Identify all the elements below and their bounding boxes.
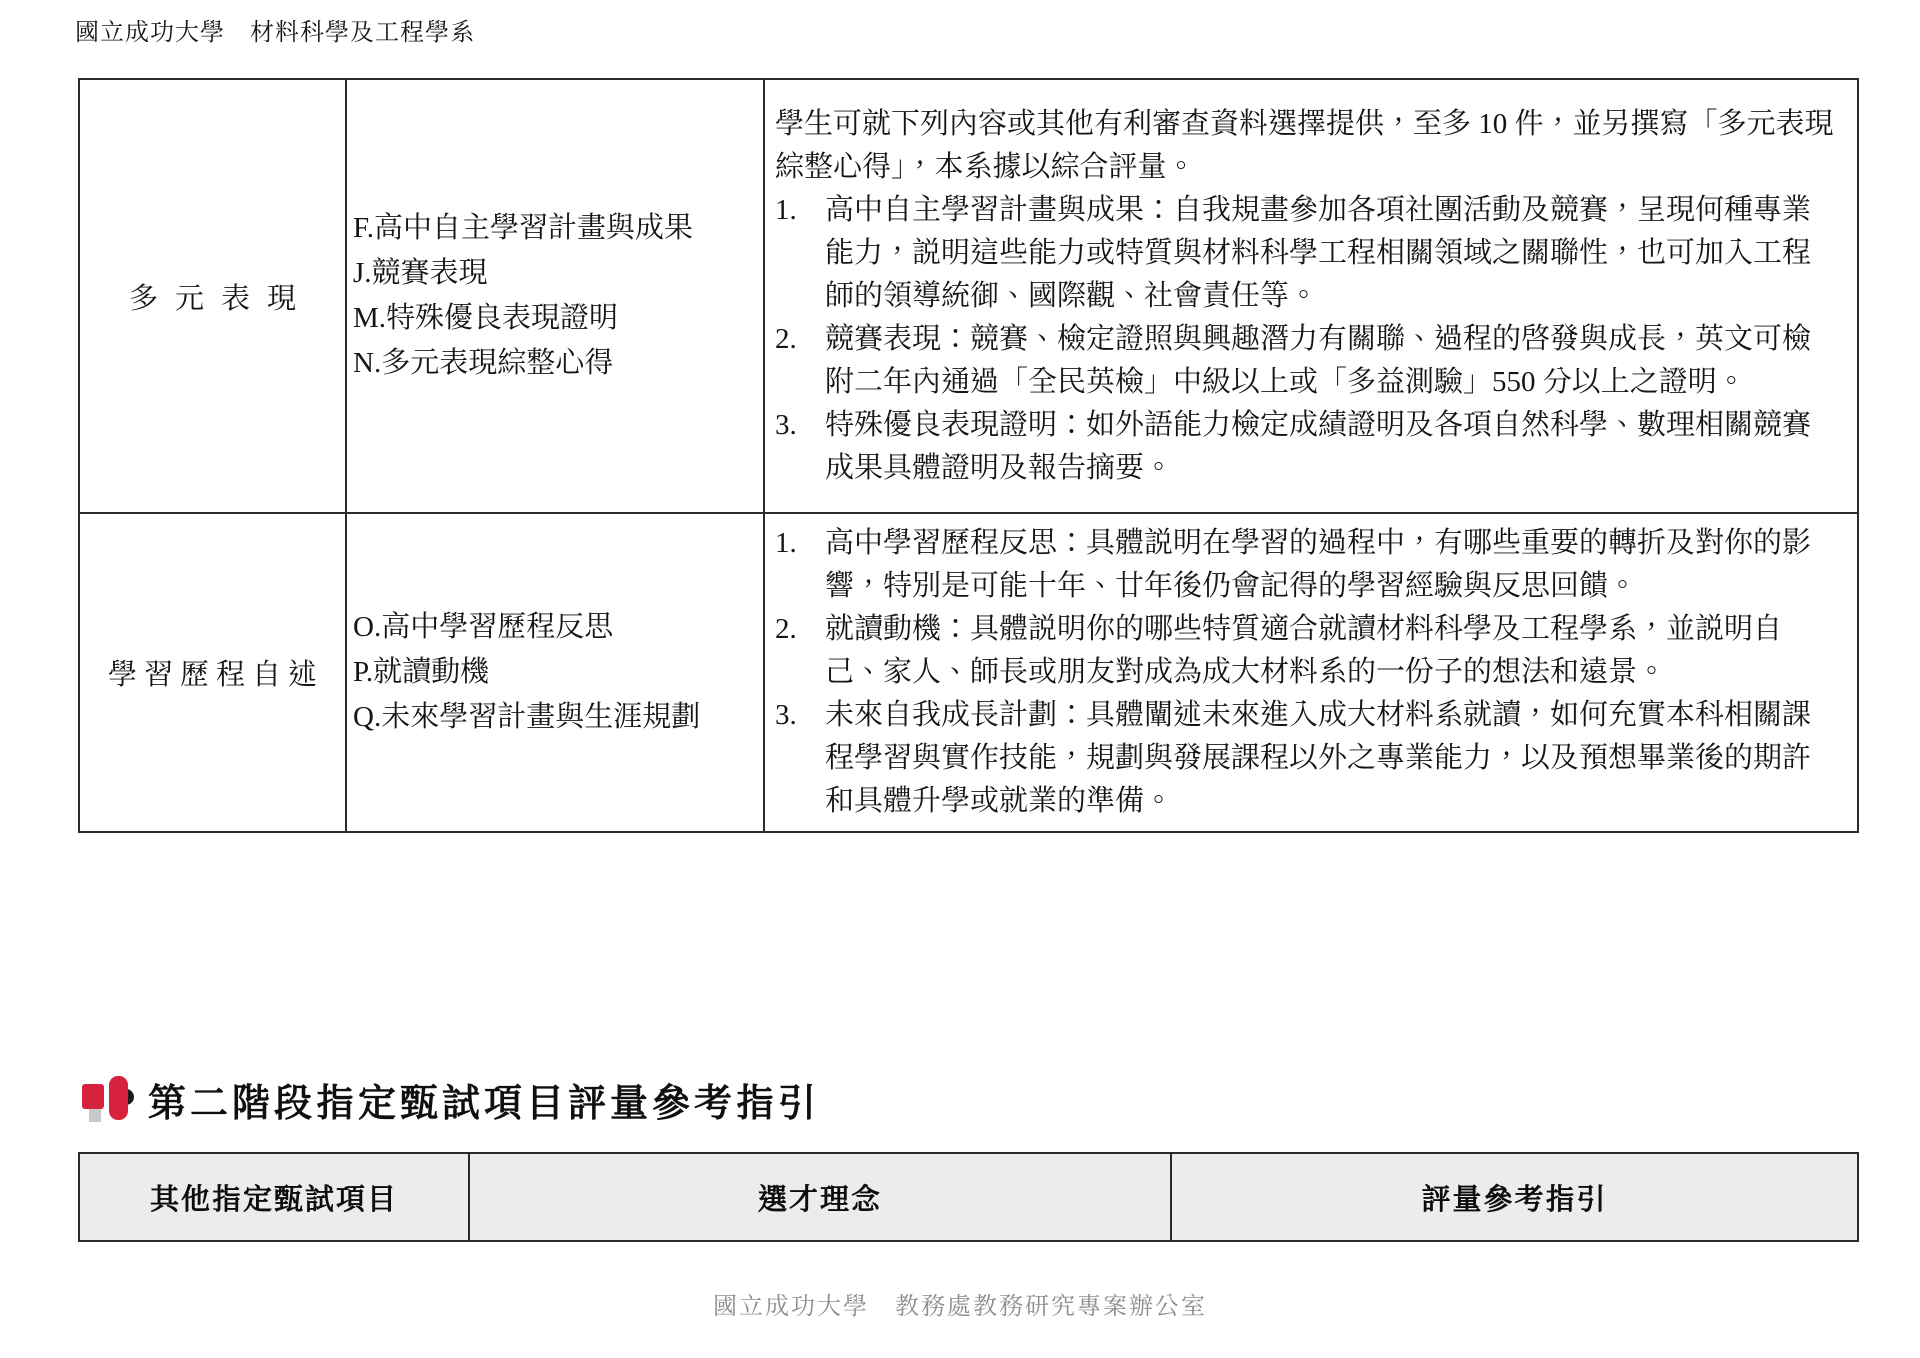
guideline-item-number: 3. (775, 404, 825, 447)
document-page: 國立成功大學 材料科學及工程學系 多元表現 F.高中自主學習計畫與成果 J.競賽… (0, 0, 1920, 1358)
guideline-item: 1. 高中自主學習計畫與成果：自我規畫參加各項社團活動及競賽，呈現何種專業能力，… (775, 189, 1837, 318)
guideline-item-number: 2. (775, 608, 825, 651)
doc-header: 國立成功大學 材料科學及工程學系 (75, 12, 475, 47)
guideline-intro: 學生可就下列內容或其他有利審查資料選擇提供，至多 10 件，並另撰寫「多元表現綜… (775, 103, 1837, 189)
guideline-item-number: 3. (775, 694, 825, 737)
guideline-item-text: 特殊優良表現證明：如外語能力檢定成績證明及各項自然科學、數理相關競賽成果具體證明… (825, 404, 1837, 490)
table-row-learning-portfolio: 學習歷程自述 O.高中學習歷程反思 P.就讀動機 Q.未來學習計畫與生涯規劃 1… (79, 513, 1858, 832)
category-cell: 多元表現 (79, 79, 346, 513)
column-header: 評量參考指引 (1171, 1153, 1858, 1241)
guidelines-cell: 1. 高中學習歷程反思：具體説明在學習的過程中，有哪些重要的轉折及對你的影響，特… (764, 513, 1858, 832)
guideline-item-text: 高中學習歷程反思：具體説明在學習的過程中，有哪些重要的轉折及對你的影響，特別是可… (825, 522, 1837, 608)
doc-footer: 國立成功大學 教務處教務研究專案辦公室 (0, 1286, 1920, 1321)
guideline-item: 2. 競賽表現：競賽、檢定證照與興趣潛力有關聯、過程的啓發與成長，英文可檢附二年… (775, 318, 1837, 404)
item-codes-cell: F.高中自主學習計畫與成果 J.競賽表現 M.特殊優良表現證明 N.多元表現綜整… (346, 79, 764, 513)
section-heading: 第二階段指定甄試項目評量參考指引 (80, 1072, 820, 1127)
item-code: O.高中學習歷程反思 (353, 605, 759, 650)
guideline-item: 1. 高中學習歷程反思：具體説明在學習的過程中，有哪些重要的轉折及對你的影響，特… (775, 522, 1837, 608)
column-header: 其他指定甄試項目 (79, 1153, 469, 1241)
item-code: N.多元表現綜整心得 (353, 341, 759, 386)
item-code: J.競賽表現 (353, 251, 759, 296)
category-cell: 學習歷程自述 (79, 513, 346, 832)
item-code: Q.未來學習計畫與生涯規劃 (353, 695, 759, 740)
guideline-item: 3. 未來自我成長計劃：具體闡述未來進入成大材料系就讀，如何充實本科相關課程學習… (775, 694, 1837, 823)
guideline-item-number: 1. (775, 522, 825, 565)
guideline-item-text: 高中自主學習計畫與成果：自我規畫參加各項社團活動及競賽，呈現何種專業能力，説明這… (825, 189, 1837, 318)
item-code: P.就讀動機 (353, 650, 759, 695)
stage2-header-row: 其他指定甄試項目 選才理念 評量參考指引 (79, 1153, 1858, 1241)
column-header: 選才理念 (469, 1153, 1171, 1241)
item-code: M.特殊優良表現證明 (353, 296, 759, 341)
guideline-item-text: 競賽表現：競賽、檢定證照與興趣潛力有關聯、過程的啓發與成長，英文可檢附二年內通過… (825, 318, 1837, 404)
category-label: 學習歷程自述 (108, 659, 324, 691)
megaphone-icon (80, 1073, 134, 1127)
guideline-item-number: 2. (775, 318, 825, 361)
table-row-multi-performance: 多元表現 F.高中自主學習計畫與成果 J.競賽表現 M.特殊優良表現證明 N.多… (79, 79, 1858, 513)
stage2-criteria-table: 其他指定甄試項目 選才理念 評量參考指引 (78, 1152, 1859, 1242)
item-codes-cell: O.高中學習歷程反思 P.就讀動機 Q.未來學習計畫與生涯規劃 (346, 513, 764, 832)
guideline-item-number: 1. (775, 189, 825, 232)
category-label: 多元表現 (129, 283, 313, 315)
section-title: 第二階段指定甄試項目評量參考指引 (148, 1072, 820, 1127)
guideline-item: 3. 特殊優良表現證明：如外語能力檢定成績證明及各項自然科學、數理相關競賽成果具… (775, 404, 1837, 490)
guideline-item-text: 就讀動機：具體説明你的哪些特質適合就讀材料科學及工程學系，並説明自己、家人、師長… (825, 608, 1837, 694)
guidelines-cell: 學生可就下列內容或其他有利審查資料選擇提供，至多 10 件，並另撰寫「多元表現綜… (764, 79, 1858, 513)
guideline-item-text: 未來自我成長計劃：具體闡述未來進入成大材料系就讀，如何充實本科相關課程學習與實作… (825, 694, 1837, 823)
item-code: F.高中自主學習計畫與成果 (353, 206, 759, 251)
portfolio-guidelines-table: 多元表現 F.高中自主學習計畫與成果 J.競賽表現 M.特殊優良表現證明 N.多… (78, 78, 1859, 833)
guideline-item: 2. 就讀動機：具體説明你的哪些特質適合就讀材料科學及工程學系，並説明自己、家人… (775, 608, 1837, 694)
